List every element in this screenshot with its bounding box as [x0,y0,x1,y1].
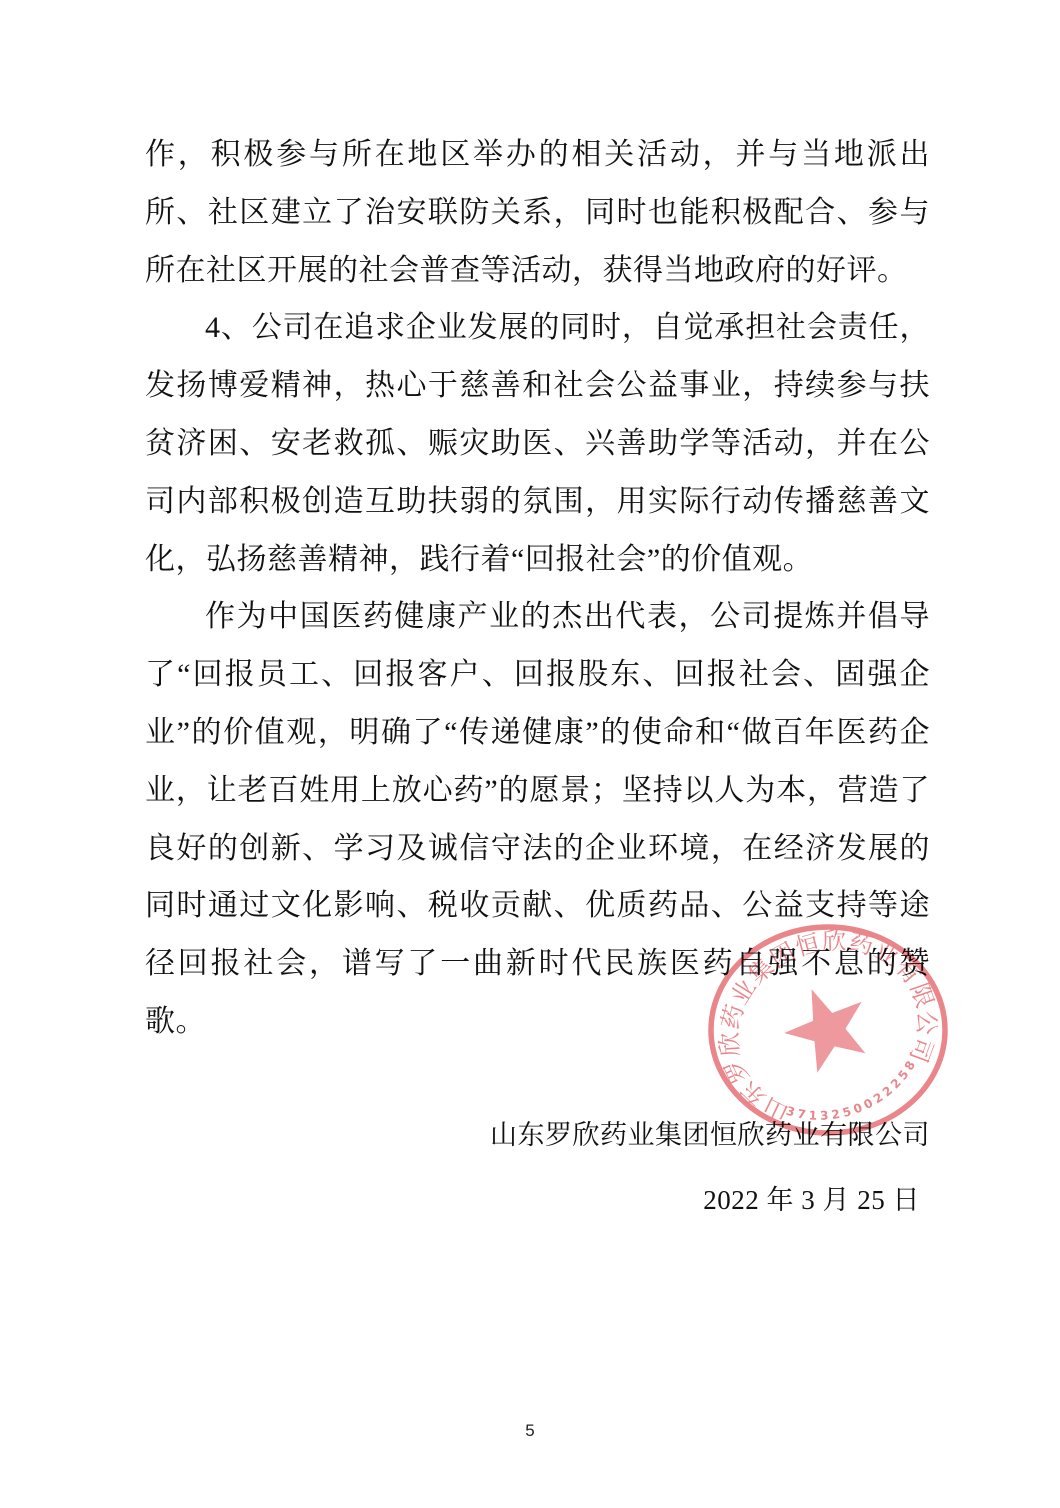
document-body: 作，积极参与所在地区举办的相关活动，并与当地派出所、社区建立了治安联防关系，同时… [145,126,930,1229]
signature-date: 2022 年 3 月 25 日 [145,1172,930,1230]
paragraph-closing: 作为中国医药健康产业的杰出代表，公司提炼并倡导了“回报员工、回报客户、回报股东、… [145,588,930,1050]
document-page: 作，积极参与所在地区举办的相关活动，并与当地派出所、社区建立了治安联防关系，同时… [0,0,1060,1508]
paragraph-item-4: 4、公司在追求企业发展的同时，自觉承担社会责任，发扬博爱精神，热心于慈善和社会公… [145,299,930,588]
signature-block: 山东罗欣药业集团恒欣药业有限公司 2022 年 3 月 25 日 [145,1107,930,1230]
signature-company-name: 山东罗欣药业集团恒欣药业有限公司 [145,1107,930,1165]
page-number: 5 [0,1421,1060,1441]
paragraph-continuation: 作，积极参与所在地区举办的相关活动，并与当地派出所、社区建立了治安联防关系，同时… [145,126,930,299]
